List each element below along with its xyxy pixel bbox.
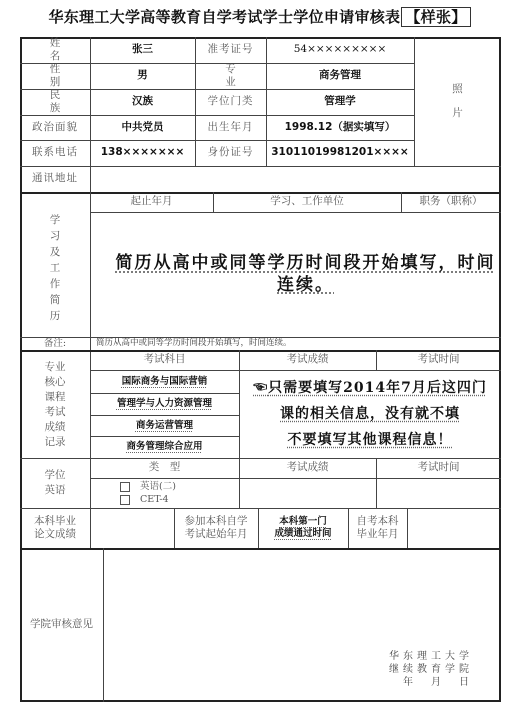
column-organization: 学习、工作单位	[213, 192, 401, 212]
title-text: 华东理工大学高等教育自学考试学士学位申请审核表	[48, 8, 400, 26]
core-courses-instruction[interactable]: ☜只需要填写2014年7月后这四门 课的相关信息，没有就不填 不要填写其他课程信…	[239, 370, 501, 458]
label-name: 姓名	[20, 37, 90, 63]
core-courses-section-label: 专业 核心 课程 考试 成绩 记录	[20, 355, 90, 455]
start-date-label: 参加本科自学 考试起始年月	[174, 508, 258, 548]
label-address: 通讯地址	[20, 166, 90, 192]
label-degree-category: 学位门类	[195, 89, 266, 115]
form-title: 华东理工大学高等教育自学考试学士学位申请审核表【样张】	[0, 6, 519, 27]
thesis-score-value[interactable]	[90, 508, 174, 548]
resume-instruction: 简历从高中或同等学历时间段开始填写，时间连续。	[110, 253, 501, 296]
subject-2: 管理学与人力资源管理	[90, 393, 239, 415]
thesis-score-label: 本科毕业 论文成绩	[20, 508, 90, 548]
column-exam-subject: 考试科目	[90, 350, 239, 370]
instruction-line-3: 不要填写其他课程信息！	[288, 427, 453, 453]
ethnicity-value[interactable]: 汉族	[90, 89, 195, 115]
start-date-value[interactable]: 本科第一门 成绩通过时间	[258, 508, 348, 548]
photo-label-2: 片	[452, 107, 463, 120]
english-score-value[interactable]	[239, 478, 376, 508]
degree-category-value[interactable]: 管理学	[266, 89, 414, 115]
column-type: 类 型	[90, 458, 239, 478]
photo-label-1: 照	[452, 83, 463, 96]
label-gender: 性别	[20, 63, 90, 89]
english-time-value[interactable]	[376, 478, 501, 508]
resume-entries-area[interactable]: 简历从高中或同等学历时间段开始填写，时间连续。	[90, 212, 501, 337]
column-position: 职务（职称）	[401, 192, 501, 212]
birth-date-value[interactable]: 1998.12（据实填写）	[266, 115, 414, 140]
column-exam-time: 考试时间	[376, 350, 501, 370]
checkbox-icon[interactable]	[120, 495, 130, 505]
exam-id-value[interactable]: 54×××××××××	[266, 37, 414, 63]
signature-university: 华东理工大学	[389, 650, 473, 663]
column-period: 起止年月	[90, 192, 213, 212]
remark-label: 备注:	[20, 337, 90, 350]
gender-value[interactable]: 男	[90, 63, 195, 89]
major-value[interactable]: 商务管理	[266, 63, 414, 89]
subject-3: 商务运营管理	[90, 415, 239, 436]
label-birth-date: 出生年月	[195, 115, 266, 140]
subject-1: 国际商务与国际营销	[90, 370, 239, 393]
column-english-time: 考试时间	[376, 458, 501, 478]
graduation-date-label: 自考本科 毕业年月	[348, 508, 407, 548]
pointing-hand-icon: ☜	[253, 380, 268, 396]
column-english-score: 考试成绩	[239, 458, 376, 478]
name-value[interactable]: 张三	[90, 37, 195, 63]
political-status-value[interactable]: 中共党员	[90, 115, 195, 140]
phone-value[interactable]: 138×××××××	[90, 140, 195, 166]
label-political-status: 政治面貌	[20, 115, 90, 140]
id-number-value[interactable]: 31011019981201××××	[266, 140, 414, 166]
label-ethnicity: 民族	[20, 89, 90, 115]
degree-english-label: 学位 英语	[20, 458, 90, 508]
review-label: 学院审核意见	[20, 548, 103, 702]
label-phone: 联系电话	[20, 140, 90, 166]
instruction-line-1: 只需要填写2014年7月后这四门	[268, 380, 487, 396]
signature-date: 年 月 日	[389, 676, 473, 689]
column-exam-score: 考试成绩	[239, 350, 376, 370]
label-id-number: 身份证号	[195, 140, 266, 166]
option-english-2[interactable]: 英语(二)	[120, 480, 176, 493]
resume-section-label: 学 习 及 工 作 简 历	[20, 205, 90, 330]
address-value[interactable]	[90, 166, 501, 192]
signature-college: 继续教育学院	[389, 663, 473, 676]
label-exam-id: 准考证号	[195, 37, 266, 63]
label-major: 专业	[195, 63, 266, 89]
review-signature: 华东理工大学 继续教育学院 年 月 日	[389, 650, 473, 689]
option-cet4[interactable]: CET-4	[120, 493, 169, 506]
subject-4: 商务管理综合应用	[90, 436, 239, 458]
graduation-date-value[interactable]	[407, 508, 501, 548]
photo-box[interactable]: 照 片	[414, 37, 501, 166]
remark-text: 简历从高中或同等学历时间段开始填写，时间连续。	[90, 337, 501, 350]
checkbox-icon[interactable]	[120, 482, 130, 492]
instruction-line-2: 课的相关信息，没有就不填	[280, 401, 460, 427]
sample-tag: 【样张】	[401, 7, 470, 27]
